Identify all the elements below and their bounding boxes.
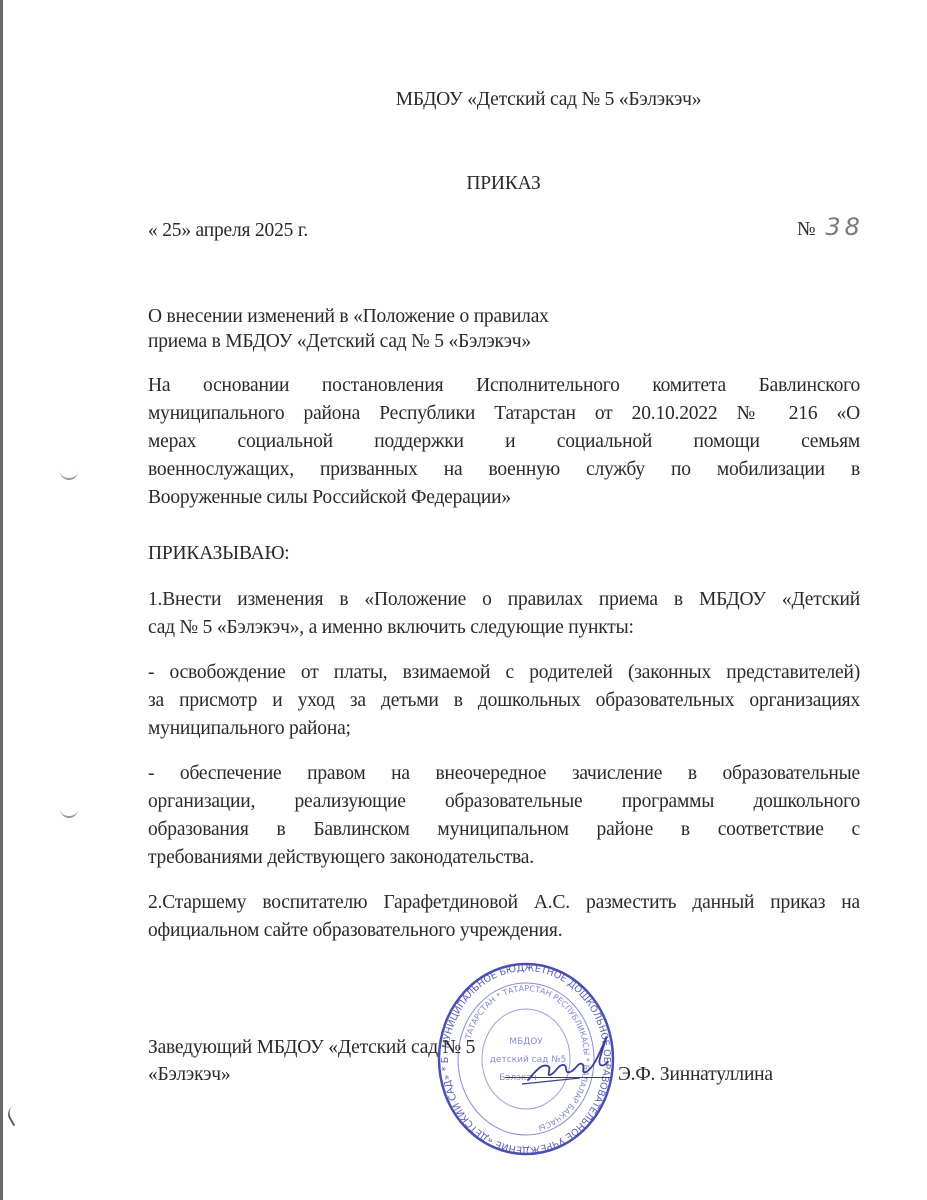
basis-line: мерах социальной поддержки и социальной … [148,428,860,456]
organization-header: МБДОУ «Детский сад № 5 «Бэлэкэч» [0,86,927,114]
order-keyword: ПРИКАЗЫВАЮ: [148,540,290,568]
basis-line: На основании постановления Исполнительно… [148,372,860,400]
subject-line: приема в МБДОУ «Детский сад № 5 «Бэлэкэч… [148,328,531,356]
document-number: №38 [797,213,864,244]
handwritten-signature [520,1028,620,1088]
handwritten-number: 38 [825,213,864,241]
document-date: « 25» апреля 2025 г. [148,217,308,245]
scan-mark [4,1104,25,1127]
punch-hole-mark [60,808,78,818]
item-1-line: сад № 5 «Бэлэкэч», а именно включить сле… [148,614,860,642]
item-1-line: 1.Внести изменения в «Положение о правил… [148,586,860,614]
number-label: № [797,219,815,240]
bullet-2-line: образования в Бавлинском муниципальном р… [148,816,860,844]
punch-hole-mark [60,470,78,480]
bullet-2-line: требованиями действующего законодательст… [148,844,860,872]
bullet-1-line: муниципального района; [148,715,860,743]
document-title-text: ПРИКАЗ [466,173,540,194]
signatory-name: Э.Ф. Зиннатуллина [618,1061,773,1089]
subject-line: О внесении изменений в «Положение о прав… [148,303,549,331]
document-page: МБДОУ «Детский сад № 5 «Бэлэкэч» ПРИКАЗ … [0,0,927,1200]
signatory-position: Заведующий МБДОУ «Детский сад № 5 [148,1034,475,1062]
item-2-line: 2.Старшему воспитателю Гарафетдиновой А.… [148,889,860,917]
organization-header-text: МБДОУ «Детский сад № 5 «Бэлэкэч» [396,89,702,110]
bullet-2-line: - обеспечение правом на внеочередное зач… [148,760,860,788]
basis-line: военнослужащих, призванных на военную сл… [148,456,860,484]
signatory-position-cont: «Бэлэкэч» [148,1061,230,1089]
bullet-2-line: организации, реализующие образовательные… [148,788,860,816]
item-2-line: официальном сайте образовательного учреж… [148,917,860,945]
basis-line: муниципального района Республики Татарст… [148,400,860,428]
bullet-1-line: за присмотр и уход за детьми в дошкольны… [148,687,860,715]
bullet-1-line: - освобождение от платы, взимаемой с род… [148,659,860,687]
basis-line: Вооруженные силы Российской Федерации» [148,484,860,512]
document-title: ПРИКАЗ [0,170,927,198]
